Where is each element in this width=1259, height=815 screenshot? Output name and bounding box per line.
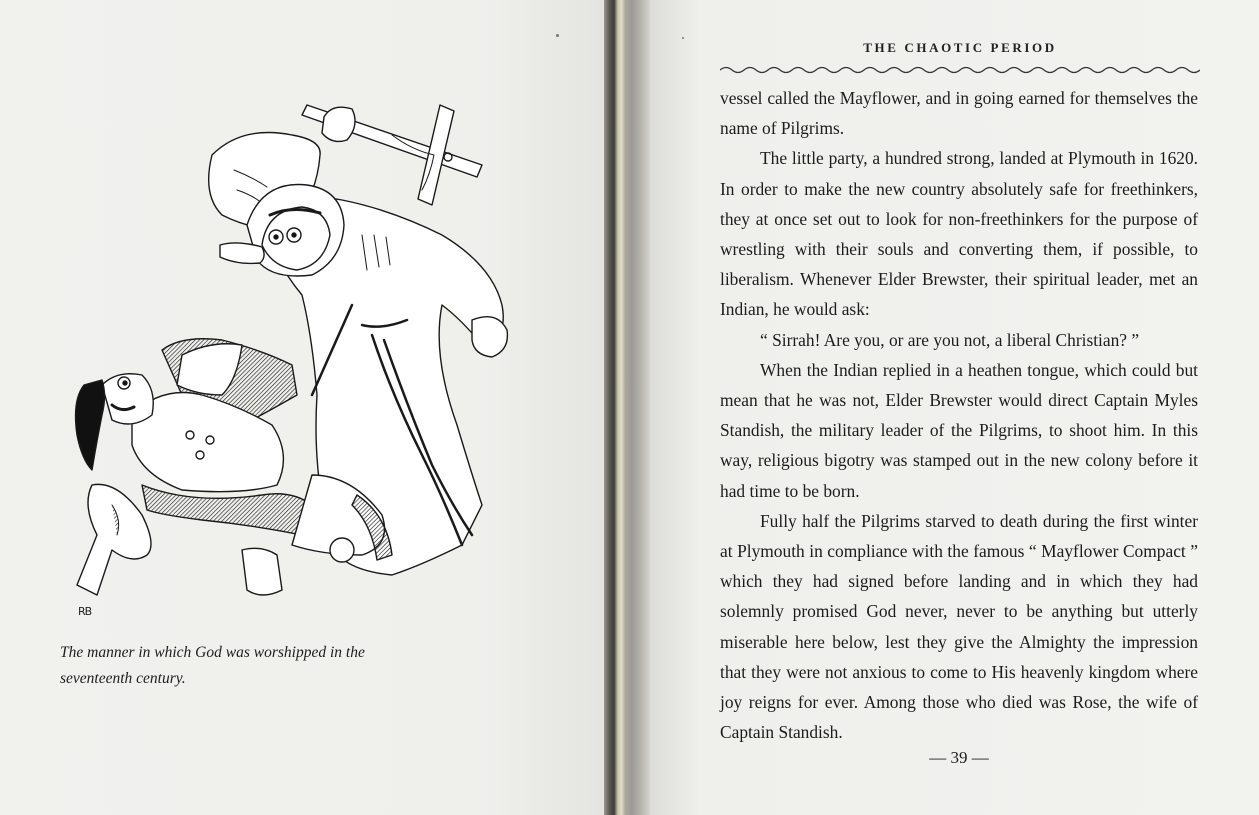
page-number: — 39 — <box>720 748 1198 768</box>
running-head: THE CHAOTIC PERIOD <box>720 40 1200 56</box>
paper-speck <box>682 37 684 39</box>
paper-speck <box>556 34 559 37</box>
paragraph: vessel called the Mayflower, and in goin… <box>720 83 1198 143</box>
illustration-caption: The manner in which God was worshipped i… <box>60 640 440 692</box>
book-gutter <box>604 0 650 815</box>
wavy-rule-divider <box>720 62 1200 76</box>
paragraph: “ Sirrah! Are you, or are you not, a lib… <box>720 325 1198 355</box>
body-text: vessel called the Mayflower, and in goin… <box>720 83 1198 747</box>
cartoon-illustration <box>62 95 532 610</box>
artist-monogram: RB <box>78 605 91 618</box>
paragraph: Fully half the Pilgrims starved to death… <box>720 506 1198 748</box>
paragraph: The little party, a hundred strong, land… <box>720 143 1198 324</box>
paragraph: When the Indian replied in a heathen ton… <box>720 355 1198 506</box>
